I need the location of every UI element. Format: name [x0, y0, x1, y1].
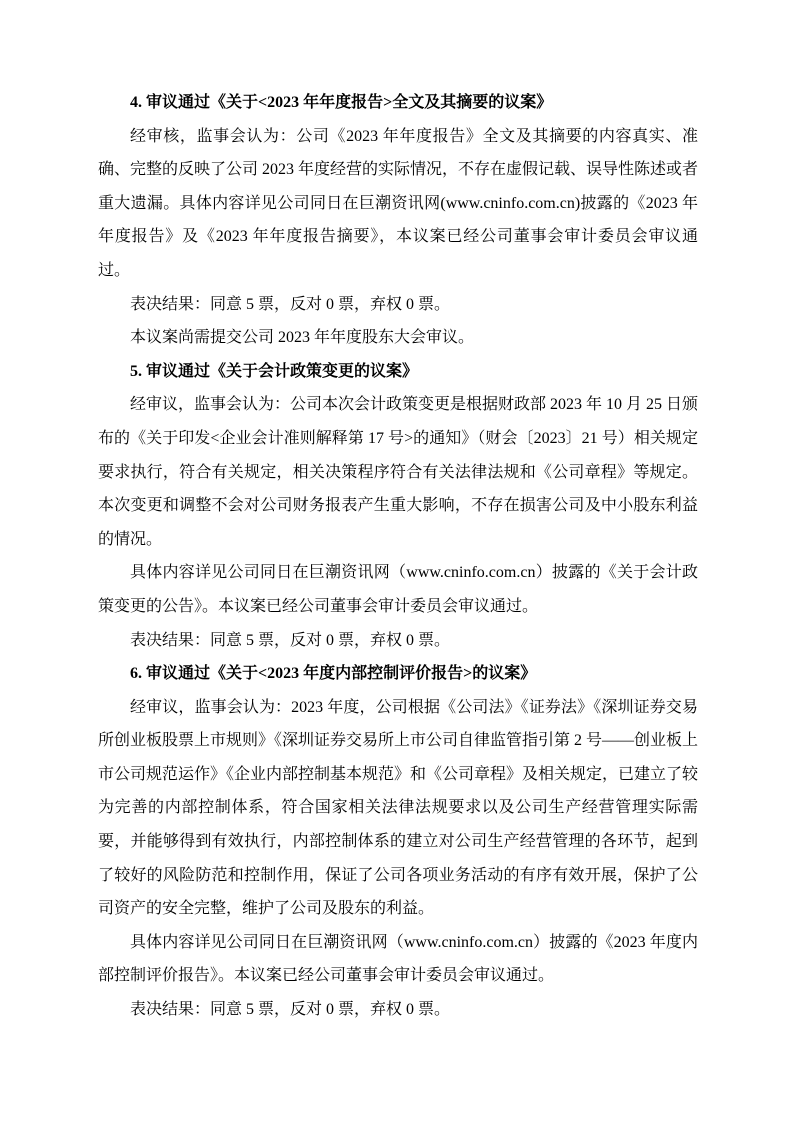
- section-proposal-5: 5. 审议通过《关于会计政策变更的议案》 经审议，监事会认为：公司本次会计政策变…: [98, 355, 698, 657]
- vote-result: 表决结果：同意 5 票，反对 0 票，弃权 0 票。: [98, 288, 698, 322]
- submission-note: 本议案尚需提交公司 2023 年年度股东大会审议。: [98, 321, 698, 355]
- paragraph-opinion: 经审议，监事会认为：公司本次会计政策变更是根据财政部 2023 年 10 月 2…: [98, 388, 698, 556]
- paragraph-disclosure: 具体内容详见公司同日在巨潮资讯网（www.cninfo.com.cn）披露的《2…: [98, 926, 698, 993]
- paragraph-opinion: 经审议，监事会认为：2023 年度，公司根据《公司法》《证券法》《深圳证券交易所…: [98, 691, 698, 926]
- section-heading: 4. 审议通过《关于<2023 年年度报告>全文及其摘要的议案》: [98, 86, 698, 120]
- section-proposal-4: 4. 审议通过《关于<2023 年年度报告>全文及其摘要的议案》 经审核，监事会…: [98, 86, 698, 355]
- document-page: 4. 审议通过《关于<2023 年年度报告>全文及其摘要的议案》 经审核，监事会…: [0, 0, 794, 1122]
- document-content: 4. 审议通过《关于<2023 年年度报告>全文及其摘要的议案》 经审核，监事会…: [98, 86, 698, 1027]
- vote-result: 表决结果：同意 5 票，反对 0 票，弃权 0 票。: [98, 624, 698, 658]
- paragraph-opinion: 经审核，监事会认为：公司《2023 年年度报告》全文及其摘要的内容真实、准确、完…: [98, 120, 698, 288]
- vote-result: 表决结果：同意 5 票，反对 0 票，弃权 0 票。: [98, 993, 698, 1027]
- section-heading: 6. 审议通过《关于<2023 年度内部控制评价报告>的议案》: [98, 657, 698, 691]
- section-heading: 5. 审议通过《关于会计政策变更的议案》: [98, 355, 698, 389]
- paragraph-disclosure: 具体内容详见公司同日在巨潮资讯网（www.cninfo.com.cn）披露的《关…: [98, 556, 698, 623]
- section-proposal-6: 6. 审议通过《关于<2023 年度内部控制评价报告>的议案》 经审议，监事会认…: [98, 657, 698, 1027]
